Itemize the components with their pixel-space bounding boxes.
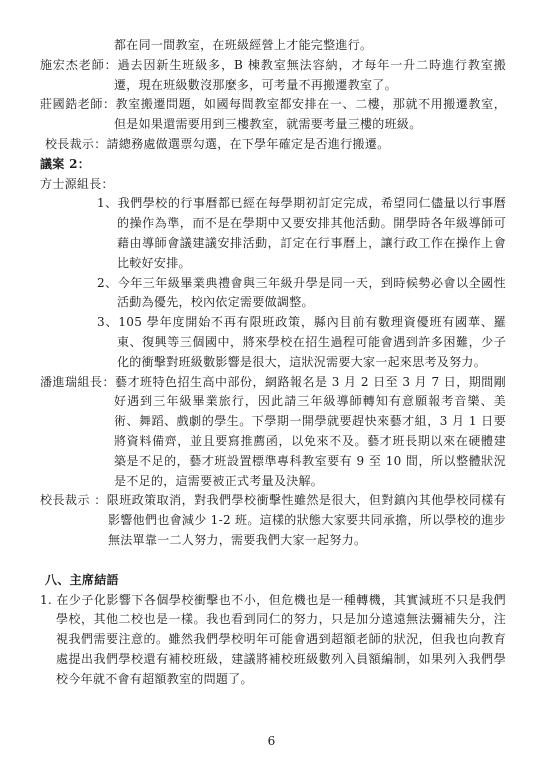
speaker-label: 校長裁示 ： xyxy=(40,493,107,507)
paragraph-continuation: 都在同一間教室，在班級經營上才能完整進行。 xyxy=(40,36,506,56)
list-item: 2、今年三年級畢業典禮會與三年級升學是同一天，到時候勢必會以全國性活動為優先，校… xyxy=(97,274,506,314)
list-item-number: 2、 xyxy=(97,276,118,290)
dialogue-pan-section-chief: 潘進瑞組長：藝才班特色招生高中部份，網路報名是 3 月 2 日至 3 月 7 日… xyxy=(40,373,506,492)
speaker-fang-section-chief: 方士源組長： xyxy=(40,175,506,195)
conclusion-item-text: 在少子化影響下各個學校衝擊也不小，但危機也是一種轉機，其實減班不只是我們學校，其… xyxy=(56,593,506,686)
dialogue-text: 教室搬遷問題，如國每間教室都安排在一、二樓，那就不用搬遷教室，但是如果還需要用到… xyxy=(114,97,506,131)
list-item: 1、我們學校的行事曆都已經在每學期初訂定完成，希望同仁儘量以行事曆的操作為準，而… xyxy=(97,194,506,273)
conclusion-item: 1. 在少子化影響下各個學校衝擊也不小，但危機也是一種轉機，其實減班不只是我們學… xyxy=(40,591,506,690)
speaker-label: 校長裁示： xyxy=(45,137,107,151)
dialogue-teacher-shih: 施宏杰老師：過去因新生班級多，B 棟教室無法容納，才每年一升二時進行教室搬遷，現… xyxy=(40,56,506,96)
list-item: 3、105 學年度開始不再有限班政策，縣內目前有數理資優班有國華、羅東、復興等三… xyxy=(97,313,506,372)
dialogue-teacher-chuang: 莊國鋯老師：教室搬遷問題，如國每間教室都安排在一、二樓，那就不用搬遷教室，但是如… xyxy=(40,95,506,135)
list-item-number: 1、 xyxy=(97,196,118,210)
dialogue-text: 限班政策取消，對我們學校衝擊性雖然是很大，但對鎮內其他學校同樣有影響他們也會減少… xyxy=(107,493,506,547)
proposal-2-heading: 議案 2： xyxy=(40,155,506,175)
dialogue-principal-ruling-1: 校長裁示：請總務處做選票勾選，在下學年確定是否進行搬遷。 xyxy=(40,135,506,155)
conclusion-item-number: 1. xyxy=(40,593,52,607)
page-number: 6 xyxy=(0,732,543,752)
dialogue-text: 請總務處做選票勾選，在下學年確定是否進行搬遷。 xyxy=(107,137,390,151)
list-item-number: 3、 xyxy=(97,315,118,329)
speaker-label: 莊國鋯老師： xyxy=(40,97,116,111)
speaker-label: 施宏杰老師： xyxy=(40,58,118,72)
dialogue-principal-ruling-2: 校長裁示 ：限班政策取消，對我們學校衝擊性雖然是很大，但對鎮內其他學校同樣有影響… xyxy=(40,491,506,550)
page-body: 都在同一間教室，在班級經營上才能完整進行。 施宏杰老師：過去因新生班級多，B 棟… xyxy=(40,36,506,690)
document-page: 都在同一間教室，在班級經營上才能完整進行。 施宏杰老師：過去因新生班級多，B 棟… xyxy=(0,0,543,768)
conclusion-heading: 八、主席結語 xyxy=(40,571,506,591)
proposal-2-item-list: 1、我們學校的行事曆都已經在每學期初訂定完成，希望同仁儘量以行事曆的操作為準，而… xyxy=(40,194,506,372)
dialogue-text: 過去因新生班級多，B 棟教室無法容納，才每年一升二時進行教室搬遷，現在班級數沒那… xyxy=(114,58,506,92)
list-item-text: 今年三年級畢業典禮會與三年級升學是同一天，到時候勢必會以全國性活動為優先，校內依… xyxy=(117,276,506,310)
dialogue-text: 藝才班特色招生高中部份，網路報名是 3 月 2 日至 3 月 7 日，期間剛好遇… xyxy=(114,375,506,488)
speaker-label: 潘進瑞組長： xyxy=(40,375,115,389)
list-item-text: 105 學年度開始不再有限班政策，縣內目前有數理資優班有國華、羅東、復興等三個國… xyxy=(117,315,506,369)
list-item-text: 我們學校的行事曆都已經在每學期初訂定完成，希望同仁儘量以行事曆的操作為準，而不是… xyxy=(117,196,506,269)
